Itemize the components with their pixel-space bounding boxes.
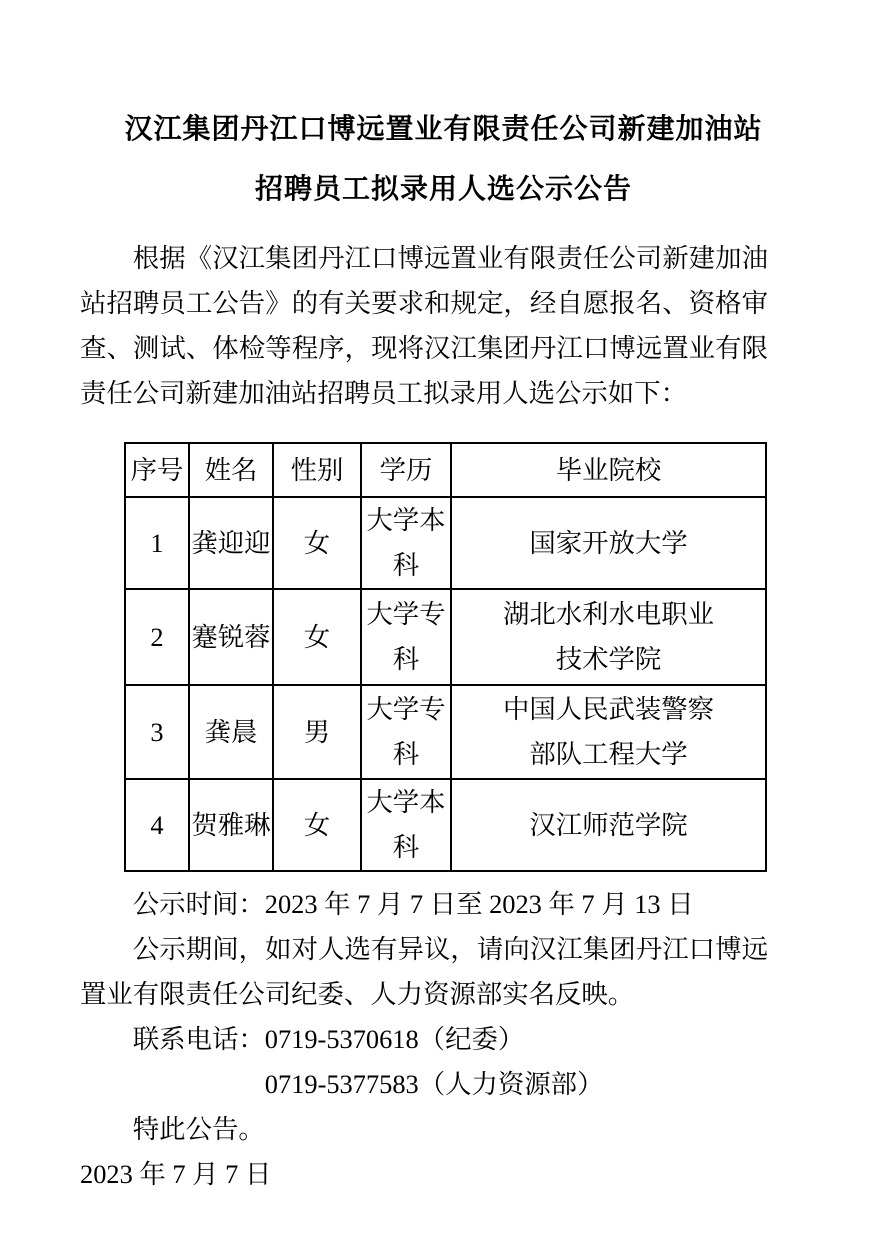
col-header-index: 序号	[125, 443, 189, 497]
col-header-gender: 性别	[273, 443, 361, 497]
table-row: 4 贺雅琳 女 大学本科 汉江师范学院	[125, 779, 766, 871]
table-row: 1 龚迎迎 女 大学本科 国家开放大学	[125, 497, 766, 589]
col-header-education: 学历	[361, 443, 451, 497]
cell-gender: 女	[273, 497, 361, 589]
cell-name: 龚晨	[189, 685, 273, 779]
cell-name: 蹇锐蓉	[189, 589, 273, 685]
cell-index: 3	[125, 685, 189, 779]
document-title-line-2: 招聘员工拟录用人选公示公告	[0, 160, 887, 220]
cell-gender: 女	[273, 779, 361, 871]
contact-phone-line-2: 0719-5377583（人力资源部）	[80, 1062, 768, 1107]
announcement-footer: 公示时间：2023 年 7 月 7 日至 2023 年 7 月 13 日 公示期…	[80, 882, 768, 1197]
document-title-line-1: 汉江集团丹江口博远置业有限责任公司新建加油站	[0, 100, 887, 160]
cell-name: 龚迎迎	[189, 497, 273, 589]
table-row: 2 蹇锐蓉 女 大学专科 湖北水利水电职业 技术学院	[125, 589, 766, 685]
cell-education: 大学专科	[361, 589, 451, 685]
objection-note: 公示期间，如对人选有异议，请向汉江集团丹江口博远置业有限责任公司纪委、人力资源部…	[80, 927, 768, 1017]
document-title: 汉江集团丹江口博远置业有限责任公司新建加油站 招聘员工拟录用人选公示公告	[0, 100, 887, 220]
cell-education: 大学本科	[361, 779, 451, 871]
cell-index: 4	[125, 779, 189, 871]
candidate-roster-table: 序号 姓名 性别 学历 毕业院校 1 龚迎迎 女 大学本科 国家开放大学 2 蹇…	[124, 442, 767, 872]
cell-index: 1	[125, 497, 189, 589]
cell-school: 汉江师范学院	[451, 779, 766, 871]
table-header-row: 序号 姓名 性别 学历 毕业院校	[125, 443, 766, 497]
cell-school: 湖北水利水电职业 技术学院	[451, 589, 766, 685]
cell-gender: 男	[273, 685, 361, 779]
cell-education: 大学本科	[361, 497, 451, 589]
cell-school: 中国人民武装警察 部队工程大学	[451, 685, 766, 779]
document-date: 2023 年 7 月 7 日	[80, 1152, 768, 1197]
contact-phone-line-1: 联系电话：0719-5370618（纪委）	[80, 1017, 768, 1062]
table-row: 3 龚晨 男 大学专科 中国人民武装警察 部队工程大学	[125, 685, 766, 779]
col-header-name: 姓名	[189, 443, 273, 497]
cell-school: 国家开放大学	[451, 497, 766, 589]
cell-name: 贺雅琳	[189, 779, 273, 871]
publicity-period-line: 公示时间：2023 年 7 月 7 日至 2023 年 7 月 13 日	[80, 882, 768, 927]
closing-line: 特此公告。	[80, 1107, 768, 1152]
intro-paragraph: 根据《汉江集团丹江口博远置业有限责任公司新建加油站招聘员工公告》的有关要求和规定…	[80, 236, 768, 416]
cell-gender: 女	[273, 589, 361, 685]
col-header-school: 毕业院校	[451, 443, 766, 497]
document-body: 根据《汉江集团丹江口博远置业有限责任公司新建加油站招聘员工公告》的有关要求和规定…	[0, 236, 887, 1197]
cell-education: 大学专科	[361, 685, 451, 779]
announcement-page: 汉江集团丹江口博远置业有限责任公司新建加油站 招聘员工拟录用人选公示公告 根据《…	[0, 0, 887, 1256]
cell-index: 2	[125, 589, 189, 685]
